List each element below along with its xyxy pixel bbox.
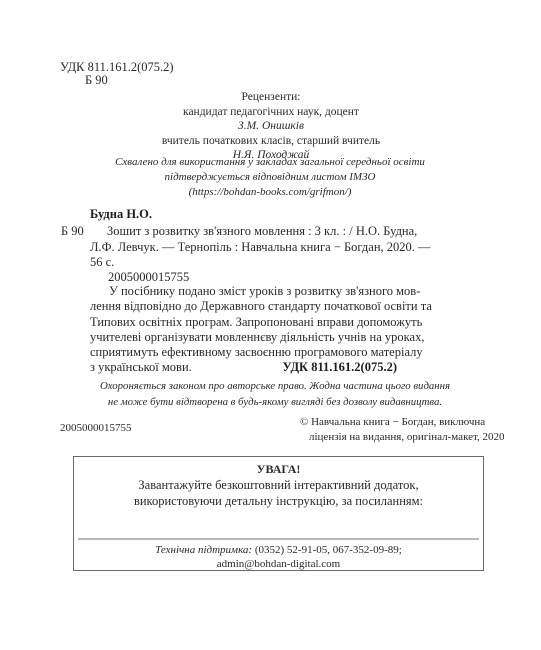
approval-line: підтверджується відповідним листом ІМЗО <box>100 170 440 185</box>
reviewer-position: вчитель початкових класів, старший вчите… <box>150 134 392 149</box>
abstract-line: Типових освітніх програм. Запропоновані … <box>90 315 398 330</box>
copyright-notice: Охороняється законом про авторське право… <box>60 379 490 410</box>
bibliographic-description: Зошит з розвитку зв'язного мовлення : 3 … <box>90 224 400 271</box>
notice-body-line: Завантажуйте безкоштовний інтерактивний … <box>74 478 483 494</box>
support-info: Технічна підтримка: (0352) 52-91-05, 067… <box>74 543 483 571</box>
abstract-udk: УДК 811.161.2(075.2) <box>240 360 397 375</box>
bibliographic-isbn: 2005000015755 <box>108 270 189 285</box>
approval-note: Схвалено для використання у закладах заг… <box>100 155 440 200</box>
abstract-line: учителеві організувати мовленнєву діяльн… <box>90 330 398 345</box>
approval-line: Схвалено для використання у закладах заг… <box>100 155 440 170</box>
bibliographic-line: Зошит з розвитку зв'язного мовлення : 3 … <box>90 224 400 240</box>
bibliographic-line: Л.Ф. Левчук. — Тернопіль : Навчальна кни… <box>90 240 400 256</box>
bibliographic-author-mark: Б 90 <box>61 224 84 239</box>
support-label: Технічна підтримка: <box>155 544 252 556</box>
reviewers-title: Рецензенти: <box>150 90 392 105</box>
support-email[interactable]: admin@bohdan-digital.com <box>74 557 483 571</box>
bibliographic-line: 56 с. <box>90 255 400 271</box>
copyright-notice-line: Охороняється законом про авторське право… <box>60 379 490 395</box>
notice-title: УВАГА! <box>74 462 483 477</box>
reviewers-section: Рецензенти: кандидат педагогічних наук, … <box>150 90 392 163</box>
copyright-line: © Навчальна книга − Богдан, виключна <box>300 415 505 430</box>
copyright-line: ліцензія на видання, оригінал-макет, 202… <box>300 430 505 445</box>
notice-body-line: використовуючи детальну інструкцію, за п… <box>74 494 483 510</box>
support-phones: (0352) 52-91-05, 067-352-09-89; <box>252 544 402 556</box>
abstract-line: лення відповідно до Державного стандарту… <box>90 299 398 314</box>
bibliographic-author: Будна Н.О. <box>90 207 152 222</box>
copyright-notice-line: не може бути відтворена в будь-якому виг… <box>60 395 490 411</box>
approval-url: (https://bohdan-books.com/grifmon/) <box>100 185 440 200</box>
notice-divider <box>78 538 479 540</box>
reviewer-name: З.М. Онишків <box>150 119 392 134</box>
copyright-holder: © Навчальна книга − Богдан, виключна ліц… <box>300 415 505 445</box>
author-mark: Б 90 <box>85 73 108 88</box>
notice-body: Завантажуйте безкоштовний інтерактивний … <box>74 478 483 509</box>
reviewer-position: кандидат педагогічних наук, доцент <box>150 105 392 120</box>
udk-code: УДК 811.161.2(075.2) <box>60 60 174 75</box>
abstract-line: сприятимуть ефективному засвоєнню програ… <box>90 345 398 360</box>
notice-box: УВАГА! Завантажуйте безкоштовний інтерак… <box>73 456 484 571</box>
barcode-number: 2005000015755 <box>60 422 132 434</box>
abstract-line: У посібнику подано зміст уроків з розвит… <box>90 284 398 299</box>
